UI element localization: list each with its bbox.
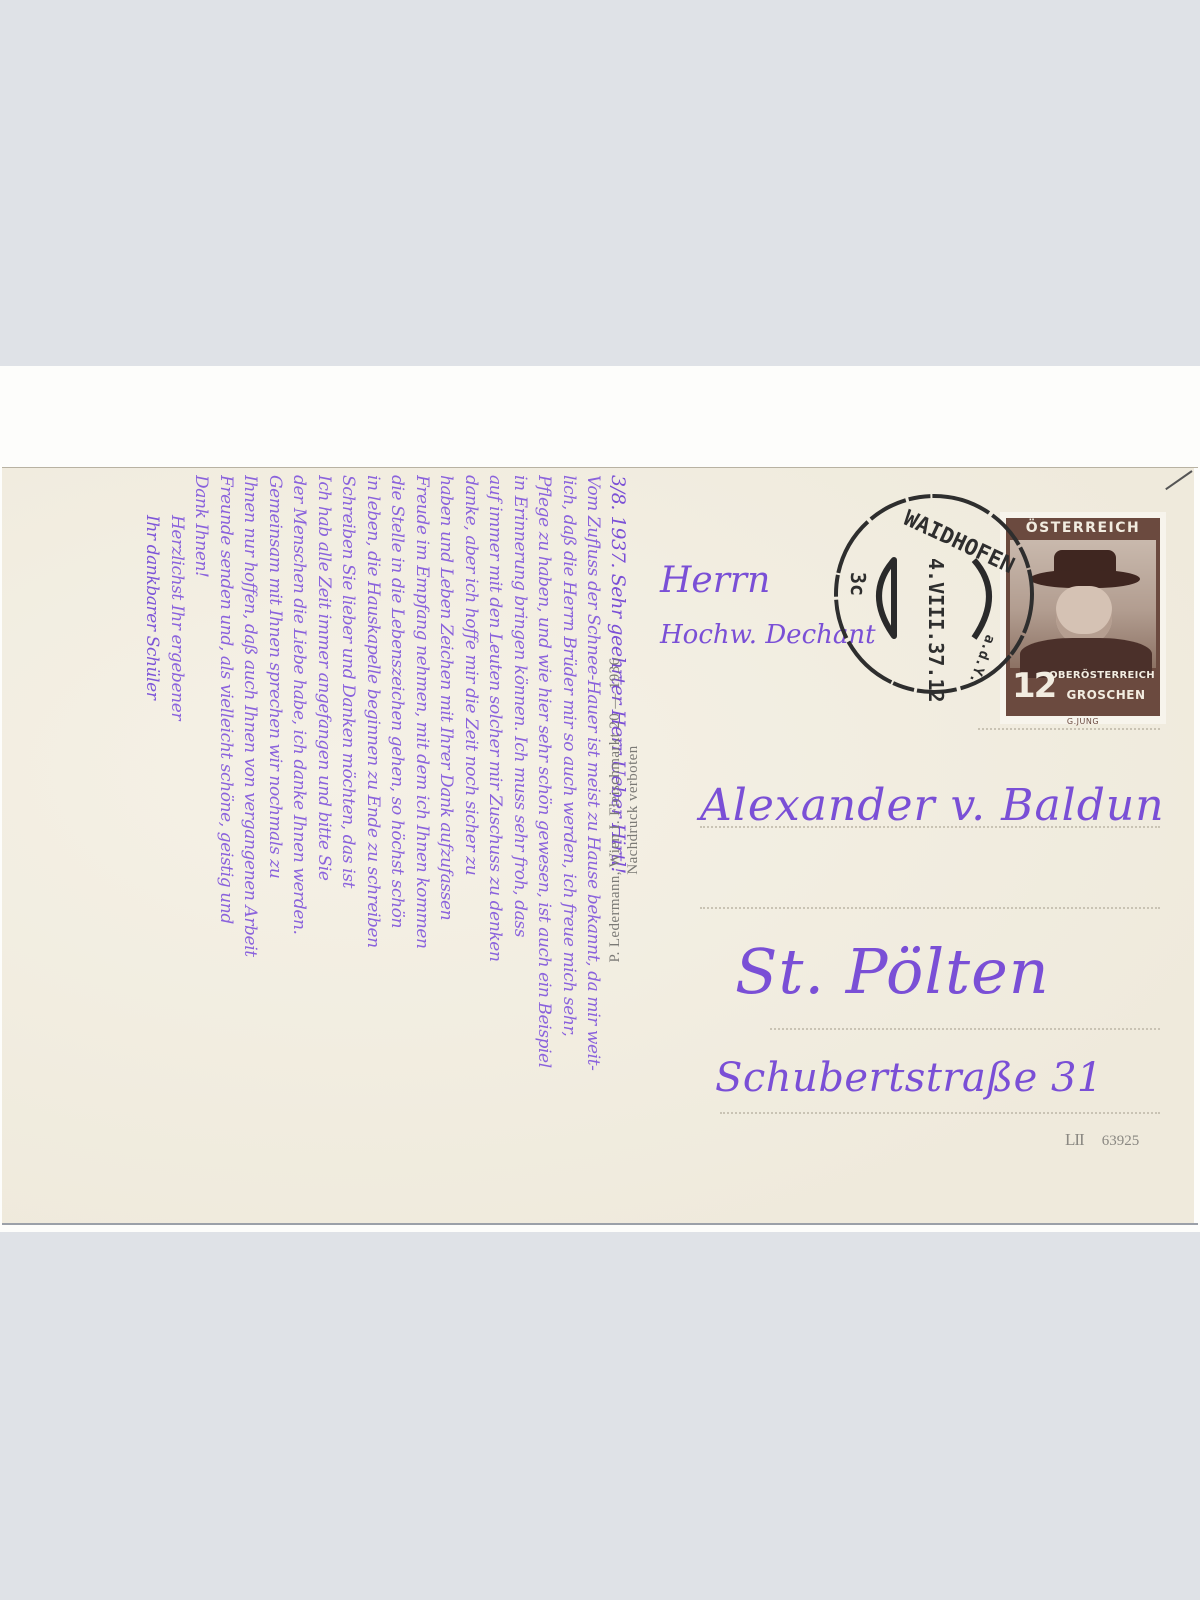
- address-line: [770, 1028, 1160, 1030]
- stamp-region: OBERÖSTERREICH: [1046, 670, 1158, 681]
- publisher-line: P. Ledermann, Wien I. Fleischmarkt 20 — …: [606, 550, 624, 1070]
- stamp-country: ÖSTERREICH: [1006, 520, 1160, 536]
- card-edge: [1194, 468, 1198, 1223]
- message-line: Pflege zu haben, und wie hier sehr schön…: [532, 475, 557, 1215]
- message-closing: Herzlichst Ihr ergebener: [165, 475, 190, 1215]
- message-line: die Stelle in die Lebenszeichen gehen, s…: [385, 475, 410, 1215]
- message-line: auf immer mit den Leuten solcher mir Zus…: [483, 475, 508, 1215]
- publisher-imprint: P. Ledermann, Wien I. Fleischmarkt 20 — …: [606, 550, 642, 1070]
- message-line: in leben, die Hauskapelle beginnen zu En…: [361, 475, 386, 1215]
- face-icon: [1056, 586, 1112, 644]
- message-signature: Ihr dankbarer Schüler: [140, 475, 165, 1215]
- address-city: St. Pölten: [735, 935, 1050, 1008]
- message-line: lich, daß die Herrn Brüder mir so auch w…: [557, 475, 582, 1215]
- message-line: danke, aber ich hoffe mir die Zeit noch …: [459, 475, 484, 1215]
- address-recipient-name: Alexander v. Baldun: [700, 780, 1165, 831]
- message-line: Vom Zufluss der Schnee-Hauer ist meist z…: [581, 475, 606, 1215]
- print-number: LII63925: [1065, 1130, 1139, 1150]
- address-line: [720, 1112, 1160, 1114]
- message-line: Dank Ihnen!: [189, 475, 214, 1215]
- message-line: Gemeinsam mit Ihnen sprechen wir nochmal…: [263, 475, 288, 1215]
- postage-stamp: ÖSTERREICH 12 OBERÖSTERREICH GROSCHEN G.…: [1000, 512, 1166, 724]
- stamp-currency: GROSCHEN: [1054, 688, 1158, 702]
- address-line: [978, 728, 1160, 730]
- corner-pencil-mark: [1165, 470, 1192, 490]
- address-title: Hochw. Dechant: [660, 620, 876, 650]
- message-line: Ich hab alle Zeit immer angefangen und b…: [312, 475, 337, 1215]
- stamp-portrait: [1010, 540, 1156, 668]
- message-line: der Menschen die Liebe habe, ich danke I…: [287, 475, 312, 1215]
- message-line: Freunde senden und, als vielleicht schön…: [214, 475, 239, 1215]
- message-line: Ihnen nur hoffen, daß auch Ihnen von ver…: [238, 475, 263, 1215]
- print-number-value: 63925: [1102, 1133, 1140, 1149]
- message-line: in Erinnerung bringen können. Ich muss s…: [508, 475, 533, 1215]
- copyright-notice: Nachdruck verboten: [624, 550, 642, 1070]
- address-line: [700, 907, 1160, 909]
- address-salutation: Herrn: [660, 560, 770, 601]
- stamp-designer: G.JUNG: [1000, 717, 1166, 726]
- message-line: haben und Leben Zeichen mit Ihrer Dank a…: [434, 475, 459, 1215]
- message-line: Freude im Empfang nehmen, mit dem ich Ih…: [410, 475, 435, 1215]
- printer-logo: LII: [1065, 1130, 1084, 1149]
- message-line: Schreiben Sie lieber und Danken möchten,…: [336, 475, 361, 1215]
- handwritten-message: 3/8. 1937. Sehr geehrter Herr Ueber Hirt…: [30, 475, 630, 1215]
- stamp-design: ÖSTERREICH 12 OBERÖSTERREICH GROSCHEN: [1006, 518, 1160, 716]
- address-street: Schubertstraße 31: [715, 1055, 1103, 1101]
